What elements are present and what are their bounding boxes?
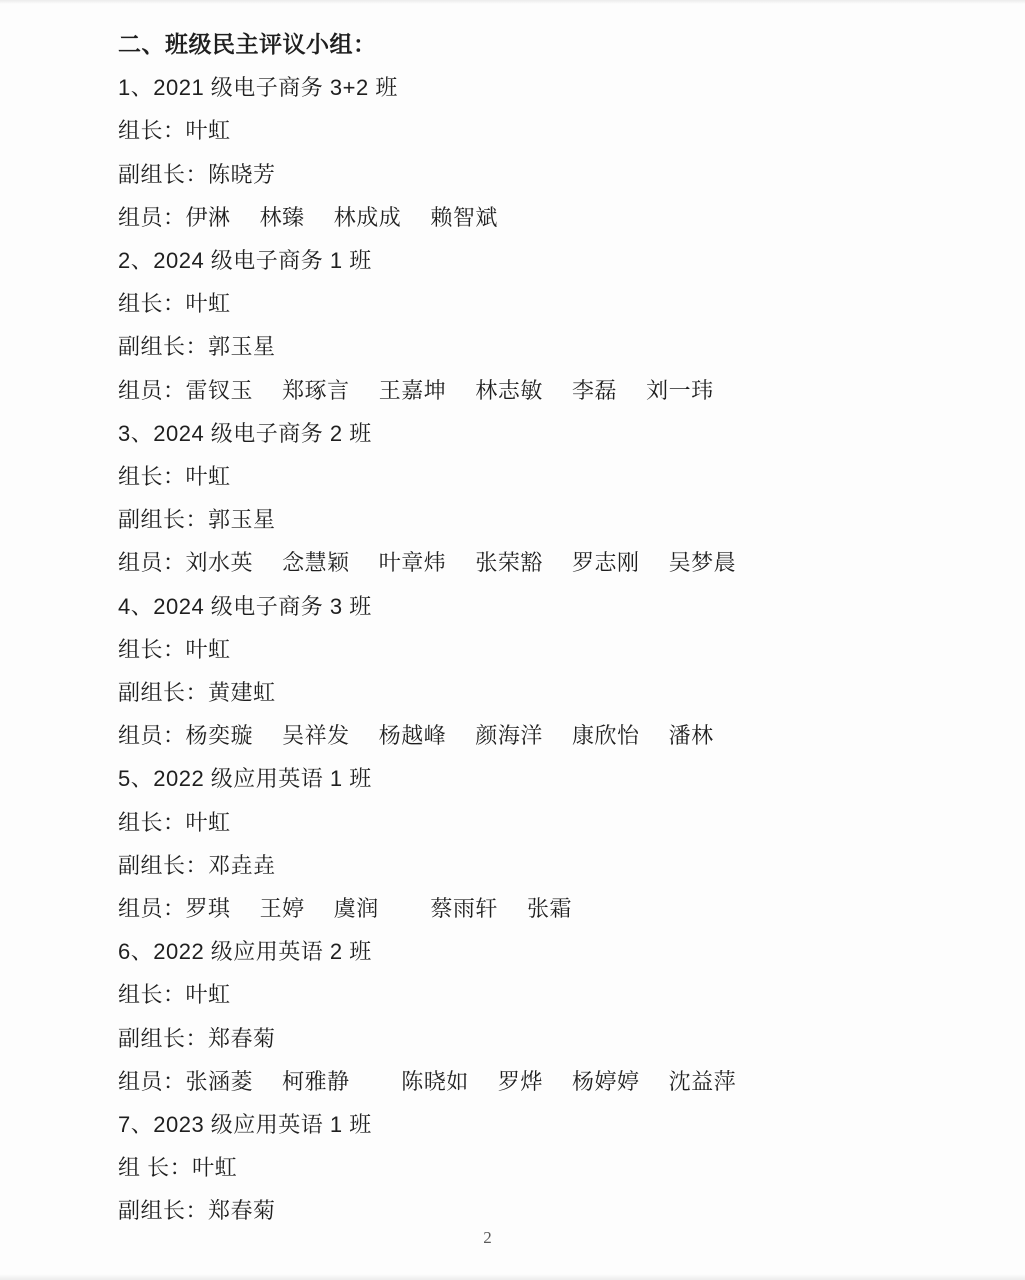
group-5-members: 组员：罗琪 王婷 虞润 蔡雨轩 张霜 (118, 887, 985, 930)
document-content: 二、班级民主评议小组： 1、2021 级电子商务 3+2 班 组长：叶虹 副组长… (118, 23, 985, 1233)
group-1-members: 组员：伊淋 林臻 林成成 赖智斌 (118, 196, 985, 239)
scan-edge-bottom (0, 1274, 1025, 1280)
page-number: 2 (483, 1228, 492, 1247)
group-3-leader: 组长：叶虹 (118, 455, 985, 498)
page-footer: 2 (0, 1228, 975, 1248)
scan-edge-top (0, 0, 1025, 4)
group-5-deputy: 副组长：邓垚垚 (118, 844, 985, 887)
group-1-title: 1、2021 级电子商务 3+2 班 (118, 66, 985, 109)
group-2-deputy: 副组长：郭玉星 (118, 325, 985, 368)
group-4-deputy: 副组长：黄建虹 (118, 671, 985, 714)
group-6-members: 组员：张涵菱 柯雅静 陈晓如 罗烨 杨婷婷 沈益萍 (118, 1060, 985, 1103)
group-2-title: 2、2024 级电子商务 1 班 (118, 239, 985, 282)
group-7-leader: 组 长：叶虹 (118, 1146, 985, 1189)
group-5-leader: 组长：叶虹 (118, 801, 985, 844)
group-4: 4、2024 级电子商务 3 班 组长：叶虹 副组长：黄建虹 组员：杨奕璇 吴祥… (118, 585, 985, 758)
group-2-leader: 组长：叶虹 (118, 282, 985, 325)
group-7-deputy: 副组长：郑春菊 (118, 1189, 985, 1232)
group-3-members: 组员：刘水英 念慧颖 叶章炜 张荣豁 罗志刚 吴梦晨 (118, 541, 985, 584)
group-3: 3、2024 级电子商务 2 班 组长：叶虹 副组长：郭玉星 组员：刘水英 念慧… (118, 412, 985, 585)
document-page: 二、班级民主评议小组： 1、2021 级电子商务 3+2 班 组长：叶虹 副组长… (0, 0, 1025, 1280)
group-6-deputy: 副组长：郑春菊 (118, 1017, 985, 1060)
group-6-title: 6、2022 级应用英语 2 班 (118, 930, 985, 973)
group-2-members: 组员：雷钗玉 郑琢言 王嘉坤 林志敏 李磊 刘一玮 (118, 369, 985, 412)
group-7: 7、2023 级应用英语 1 班 组 长：叶虹 副组长：郑春菊 (118, 1103, 985, 1233)
group-1: 1、2021 级电子商务 3+2 班 组长：叶虹 副组长：陈晓芳 组员：伊淋 林… (118, 66, 985, 239)
group-3-deputy: 副组长：郭玉星 (118, 498, 985, 541)
group-6: 6、2022 级应用英语 2 班 组长：叶虹 副组长：郑春菊 组员：张涵菱 柯雅… (118, 930, 985, 1103)
group-2: 2、2024 级电子商务 1 班 组长：叶虹 副组长：郭玉星 组员：雷钗玉 郑琢… (118, 239, 985, 412)
group-1-deputy: 副组长：陈晓芳 (118, 153, 985, 196)
group-1-leader: 组长：叶虹 (118, 109, 985, 152)
group-4-leader: 组长：叶虹 (118, 628, 985, 671)
group-7-title: 7、2023 级应用英语 1 班 (118, 1103, 985, 1146)
group-4-members: 组员：杨奕璇 吴祥发 杨越峰 颜海洋 康欣怡 潘林 (118, 714, 985, 757)
group-4-title: 4、2024 级电子商务 3 班 (118, 585, 985, 628)
group-5: 5、2022 级应用英语 1 班 组长：叶虹 副组长：邓垚垚 组员：罗琪 王婷 … (118, 757, 985, 930)
group-6-leader: 组长：叶虹 (118, 973, 985, 1016)
group-3-title: 3、2024 级电子商务 2 班 (118, 412, 985, 455)
section-heading: 二、班级民主评议小组： (118, 23, 985, 66)
group-5-title: 5、2022 级应用英语 1 班 (118, 757, 985, 800)
